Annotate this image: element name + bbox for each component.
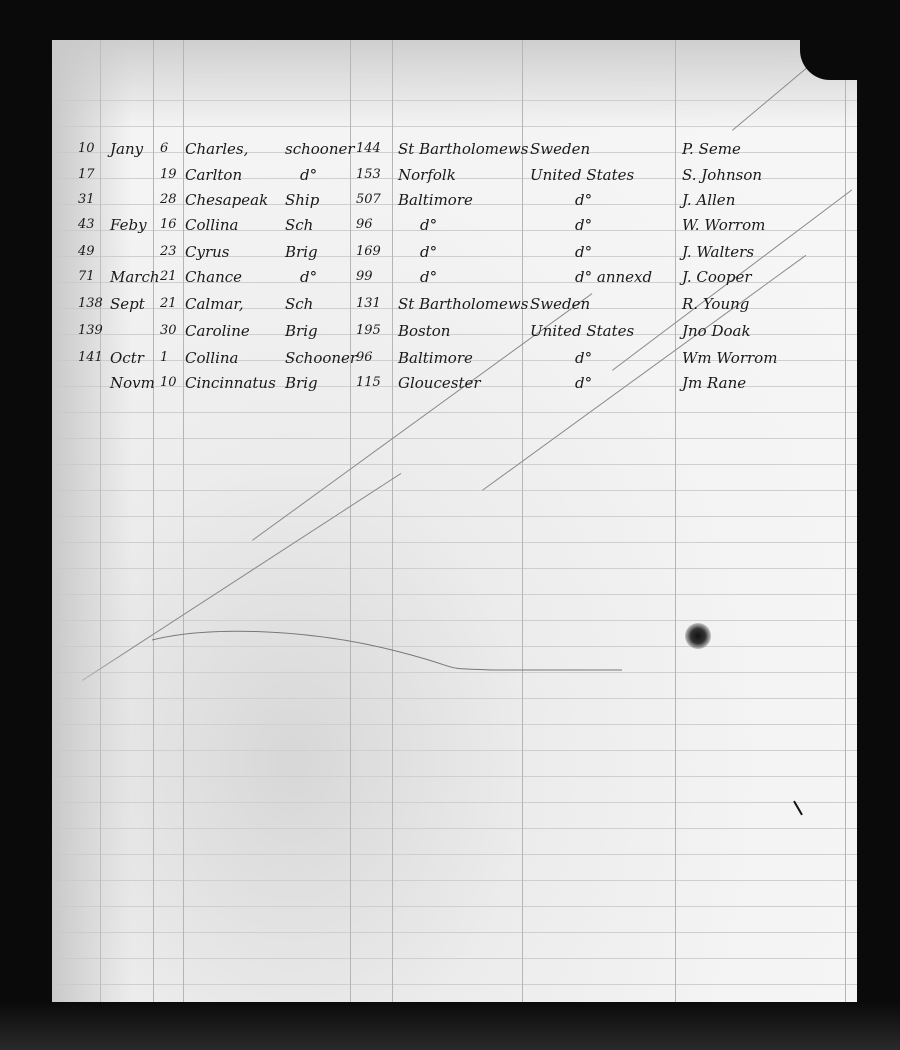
entry-day: 21 [160, 295, 177, 313]
nation: Sweden [530, 140, 590, 158]
vessel-rig: Brig [285, 322, 318, 340]
entry-number: 43 [78, 216, 95, 234]
master-name: Jm Rane [682, 374, 746, 392]
vessel-name: Chance [185, 268, 242, 286]
entry-number: 71 [78, 268, 95, 286]
nation: d° annexd [575, 268, 652, 286]
nation: d° [575, 191, 592, 209]
entry-number: 17 [78, 166, 95, 184]
nation: d° [575, 349, 592, 367]
vessel-rig: Sch [285, 295, 313, 313]
entry-month: Feby [110, 216, 147, 234]
vessel-rig: Sch [285, 216, 313, 234]
pencil-curve-mark [52, 40, 857, 1002]
vessel-rig: schooner [285, 140, 355, 158]
home-port: Baltimore [398, 349, 473, 367]
master-name: W. Worrom [682, 216, 765, 234]
entry-number: 10 [78, 140, 95, 158]
vessel-tonnage: 96 [356, 349, 373, 367]
entry-day: 10 [160, 374, 177, 392]
vessel-tonnage: 507 [356, 191, 381, 209]
nation: Sweden [530, 295, 590, 313]
ink-blot [685, 623, 711, 649]
master-name: S. Johnson [682, 166, 762, 184]
entry-number: 141 [78, 349, 103, 367]
master-name: J. Allen [682, 191, 735, 209]
entry-day: 28 [160, 191, 177, 209]
vessel-rig: d° [300, 268, 317, 286]
vessel-tonnage: 115 [356, 374, 381, 392]
vessel-name: Chesapeak [185, 191, 268, 209]
entry-month: Jany [110, 140, 143, 158]
nation: d° [575, 374, 592, 392]
entry-number: 138 [78, 295, 103, 313]
vessel-tonnage: 195 [356, 322, 381, 340]
entry-day: 19 [160, 166, 177, 184]
home-port: d° [420, 216, 437, 234]
entry-month: Sept [110, 295, 145, 313]
entry-day: 1 [160, 349, 168, 367]
vessel-name: Caroline [185, 322, 250, 340]
home-port: St Bartholomews [398, 295, 528, 313]
entry-day: 21 [160, 268, 177, 286]
vessel-tonnage: 96 [356, 216, 373, 234]
master-name: P. Seme [682, 140, 741, 158]
master-name: Jno Doak [682, 322, 751, 340]
vessel-rig: Brig [285, 243, 318, 261]
vessel-name: Cincinnatus [185, 374, 276, 392]
ledger-page: 10Jany6Charles,schooner144St Bartholomew… [52, 40, 857, 1002]
entry-number: 31 [78, 191, 95, 209]
vessel-tonnage: 153 [356, 166, 381, 184]
film-border [0, 1002, 900, 1050]
vessel-rig: d° [300, 166, 317, 184]
entry-month: Novm [110, 374, 155, 392]
vessel-tonnage: 169 [356, 243, 381, 261]
nation: d° [575, 216, 592, 234]
home-port: St Bartholomews [398, 140, 528, 158]
home-port: d° [420, 243, 437, 261]
entry-day: 30 [160, 322, 177, 340]
entry-number: 139 [78, 322, 103, 340]
master-name: J. Cooper [682, 268, 752, 286]
vessel-tonnage: 99 [356, 268, 373, 286]
vessel-name: Cyrus [185, 243, 229, 261]
vessel-rig: Brig [285, 374, 318, 392]
entry-day: 23 [160, 243, 177, 261]
entry-day: 16 [160, 216, 177, 234]
vessel-rig: Schooner [285, 349, 357, 367]
home-port: Norfolk [398, 166, 456, 184]
entry-number: 49 [78, 243, 95, 261]
home-port: Gloucester [398, 374, 481, 392]
entry-month: Octr [110, 349, 144, 367]
master-name: R. Young [682, 295, 749, 313]
home-port: Boston [398, 322, 450, 340]
vessel-name: Calmar, [185, 295, 244, 313]
master-name: J. Walters [682, 243, 754, 261]
nation: United States [530, 322, 634, 340]
vessel-name: Collina [185, 216, 239, 234]
home-port: d° [420, 268, 437, 286]
entry-month: March [110, 268, 160, 286]
master-name: Wm Worrom [682, 349, 777, 367]
entry-day: 6 [160, 140, 168, 158]
vessel-name: Carlton [185, 166, 242, 184]
nation: d° [575, 243, 592, 261]
vessel-name: Charles, [185, 140, 248, 158]
vessel-tonnage: 144 [356, 140, 381, 158]
home-port: Baltimore [398, 191, 473, 209]
nation: United States [530, 166, 634, 184]
vessel-tonnage: 131 [356, 295, 381, 313]
vessel-rig: Ship [285, 191, 319, 209]
vessel-name: Collina [185, 349, 239, 367]
